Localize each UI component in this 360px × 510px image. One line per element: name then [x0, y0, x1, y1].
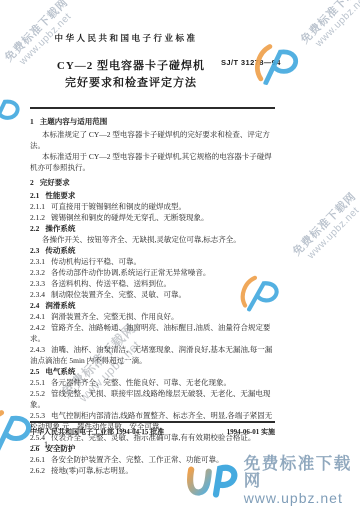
clause-number: 2.6.2: [30, 466, 45, 475]
watermark-site-name: 免费标准下载网: [284, 0, 360, 60]
document-title: CY—2 型电容器卡子碰焊机 完好要求和检查评定方法: [30, 58, 232, 91]
body-line: 本标准适用于 CY—2 型电容器卡子碰焊机,其它规格的电容器卡子碰焊机亦可参照执…: [30, 151, 275, 173]
clause-number: 2.4.2: [30, 323, 45, 332]
body-line: 2.4.2管路齐全、油路畅通、油窗明亮、油标醒目,油质、油量符合规定要求。: [30, 322, 275, 344]
clause-text: 本标准规定了 CY—2 型电容器卡子碰焊机的完好要求和检查、评定方法。: [30, 130, 270, 150]
clause-number: 2.3: [30, 246, 39, 255]
header-rule: [30, 107, 275, 109]
clause-number: 2.1.1: [30, 202, 45, 211]
clause-text: 完好要求: [40, 178, 70, 187]
body-line: 2.6.2接地(零)可靠,标志明显。: [30, 465, 275, 476]
clause-text: 可直接用于镀锡铜丝和铜皮的碰焊成型。: [51, 202, 186, 211]
clause-number: 2.4: [30, 301, 39, 310]
body-line: 2.3.4制动限位装置齐全、完整、灵敏、可靠。: [30, 289, 275, 300]
body-line: 2.1.2镀锡铜丝和铜皮的碰焊处无穿孔、无断裂现象。: [30, 212, 275, 223]
clause-number: 2.3.1: [30, 257, 45, 266]
clause-number: 2: [30, 178, 34, 187]
body-line: 2.4润滑系统: [30, 300, 275, 311]
clause-text: 传动系统: [45, 246, 75, 255]
body-line: 2.6.1各安全防护装置齐全、完整、工作正常、功能可靠。: [30, 454, 275, 465]
approval-note: 中华人民共和国电子工业部 1994-04-15 批准: [30, 427, 164, 437]
watermark-text: 免费标准下载网 www.upbz.net: [284, 0, 360, 67]
clause-text: 润滑装置齐全、完整无损、作用良好。: [51, 312, 179, 321]
standard-org-line: 中华人民共和国电子行业标准: [30, 32, 222, 44]
clause-text: 镀锡铜丝和铜皮的碰焊处无穿孔、无断裂现象。: [51, 213, 209, 222]
footer: 中华人民共和国电子工业部 1994-04-15 批准 1994-06-01 实施: [30, 427, 275, 437]
page-number: — 1 —: [32, 440, 61, 449]
body-line: 2.2操作系统: [30, 223, 275, 234]
clause-text: 管线完整、无损、联接牢固,线路绝缘层无破裂、无老化、无漏电现象。: [30, 389, 270, 409]
clause-text: 油嘴、油杯、油泵清洁、无堵塞现象、润滑良好,基本无漏油,每一漏油点滴油在 5mi…: [30, 345, 272, 365]
body-line: 本标准规定了 CY—2 型电容器卡子碰焊机的完好要求和检查、评定方法。: [30, 129, 275, 151]
clause-number: 2.6.1: [30, 455, 45, 464]
watermark-site-name: 免费标准下载网: [276, 176, 360, 272]
clause-number: 2.1.2: [30, 213, 45, 222]
clause-text: 各安全防护装置齐全、完整、工作正常、功能可靠。: [51, 455, 224, 464]
body-line: 2.3传动系统: [30, 245, 275, 256]
body-line: 2.5电气系统: [30, 366, 275, 377]
clause-number: 2.5.2: [30, 389, 45, 398]
footer-rule: [30, 421, 275, 423]
clause-number: 2.2: [30, 224, 39, 233]
body-line: 2.4.1润滑装置齐全、完整无损、作用良好。: [30, 311, 275, 322]
clause-number: 2.3.2: [30, 268, 45, 277]
clause-number: 2.5.1: [30, 378, 45, 387]
clause-text: 管路齐全、油路畅通、油窗明亮、油标醒目,油质、油量符合规定要求。: [30, 323, 270, 343]
body-line: 2.3.1传动机构运行平稳、可靠。: [30, 256, 275, 267]
body-line: 2.3.3各送料机构、传送平稳、送料到位。: [30, 278, 275, 289]
clause-text: 本标准适用于 CY—2 型电容器卡子碰焊机,其它规格的电容器卡子碰焊机亦可参照执…: [30, 152, 272, 172]
watermark-site-url: www.upbz.net: [287, 187, 360, 280]
clause-number: 2.4.1: [30, 312, 45, 321]
upbz-logo-icon: [0, 91, 26, 136]
body-line: 2.5.1各元器件齐全、完整、性能良好、可靠、无老化现象。: [30, 377, 275, 388]
body-line: 2.3.2各传动部件动作协调,系统运行正常无异常噪音。: [30, 267, 275, 278]
body-line: 2.5.2管线完整、无损、联接牢固,线路绝缘层无破裂、无老化、无漏电现象。: [30, 388, 275, 410]
clause-text: 各操作开关、按钮等齐全、无缺损,灵敏定位可靠,标志齐全。: [42, 235, 241, 244]
standard-document-page: 中华人民共和国电子行业标准 SJ/T 31278—94 CY—2 型电容器卡子碰…: [0, 0, 360, 510]
clause-text: 制动限位装置齐全、完整、灵敏、可靠。: [51, 290, 186, 299]
body-line: 各操作开关、按钮等齐全、无缺损,灵敏定位可靠,标志齐全。: [30, 234, 275, 245]
clause-text: 性能要求: [45, 191, 75, 200]
clause-text: 传动机构运行平稳、可靠。: [51, 257, 141, 266]
clause-text: 电气系统: [45, 367, 75, 376]
clause-text: 各传动部件动作协调,系统运行正常无异常噪音。: [51, 268, 210, 277]
document-title-line2: 完好要求和检查评定方法: [30, 75, 232, 92]
clause-text: 主题内容与适用范围: [40, 117, 108, 126]
clause-text: 各送料机构、传送平稳、送料到位。: [51, 279, 171, 288]
watermark-site-url: www.upbz.net: [244, 491, 360, 506]
clause-text: 接地(零)可靠,标志明显。: [51, 466, 133, 475]
document-title-line1: CY—2 型电容器卡子碰焊机: [30, 58, 232, 75]
clause-number: 2.1: [30, 191, 39, 200]
watermark-site-url: www.upbz.net: [295, 0, 360, 67]
body-line: 2.1.1可直接用于镀锡铜丝和铜皮的碰焊成型。: [30, 201, 275, 212]
clause-number: 2.3.4: [30, 290, 45, 299]
clause-text: 润滑系统: [45, 301, 75, 310]
body-line: 2完好要求: [30, 177, 275, 188]
clause-number: 2.5.3: [30, 411, 45, 420]
body-line: 2.4.3油嘴、油杯、油泵清洁、无堵塞现象、润滑良好,基本无漏油,每一漏油点滴油…: [30, 344, 275, 366]
clause-number: 1: [30, 117, 34, 126]
clause-text: 各元器件齐全、完整、性能良好、可靠、无老化现象。: [51, 378, 231, 387]
clause-number: 2.3.3: [30, 279, 45, 288]
clause-text: 操作系统: [45, 224, 75, 233]
watermark-text: 免费标准下载网 www.upbz.net: [276, 176, 360, 280]
clause-number: 2.4.3: [30, 345, 45, 354]
body-line: 2.6安全防护: [30, 443, 275, 454]
body-line: 1主题内容与适用范围: [30, 116, 275, 127]
implementation-date: 1994-06-01 实施: [227, 427, 275, 437]
body-line: 2.1性能要求: [30, 190, 275, 201]
clause-number: 2.5: [30, 367, 39, 376]
